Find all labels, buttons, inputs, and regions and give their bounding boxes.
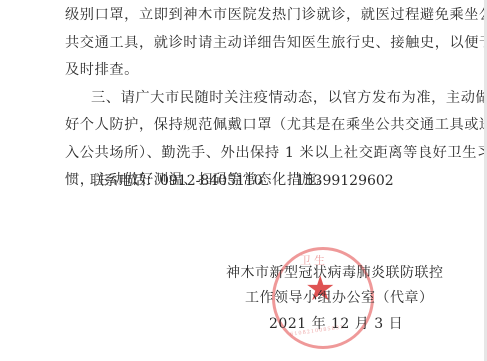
paragraph-line: 三、请广大市民随时关注疫情动态，以官方发布为准，主动做 — [65, 85, 430, 113]
contact-label: 联系电话： — [90, 170, 160, 190]
paragraph-line: 级别口罩，立即到神木市医院发热门诊就诊，就医过程避免乘坐公 — [65, 2, 430, 30]
paragraph-line: 及时排查。 — [65, 57, 430, 85]
signature-org-line-2: 工作领导小组办公室（代章） — [245, 287, 434, 307]
paragraph-line: 好个人防护，保持规范佩戴口罩（尤其是在乘坐公共交通工具或进 — [65, 112, 430, 140]
body-text: 级别口罩，立即到神木市医院发热门诊就诊，就医过程避免乘坐公 共交通工具，就诊时请… — [65, 2, 430, 195]
phone-mobile: 15399129602 — [296, 173, 394, 189]
paragraph-line: 共交通工具，就诊时请主动详细告知医生旅行史、接触史，以便于 — [65, 30, 430, 58]
document-page: 级别口罩，立即到神木市医院发热门诊就诊，就医过程避免乘坐公 共交通工具，就诊时请… — [0, 0, 484, 361]
signature-org-line-1: 神木市新型冠状病毒肺炎联防联控 — [226, 262, 444, 282]
signature-date: 2021 年 12 月 3 日 — [269, 313, 403, 333]
phone-landline: 0912-8405110 — [160, 173, 263, 189]
paragraph-line: 入公共场所）、勤洗手、外出保持 1 米以上社交距离等良好卫生习 — [65, 140, 430, 168]
contact-info: 联系电话：0912-840511015399129602 — [90, 170, 394, 190]
